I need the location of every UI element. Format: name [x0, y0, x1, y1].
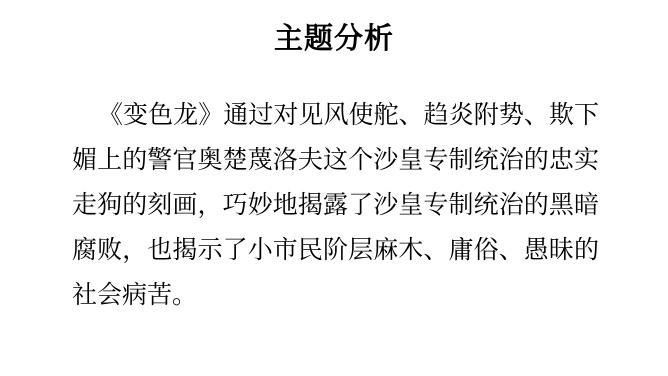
paragraph-line: 《变色龙》通过对见风使舵、趋炎附势、欺下	[72, 93, 599, 138]
paragraph-line: 媚上的警官奥楚蔑洛夫这个沙皇专制统治的忠实	[72, 138, 599, 183]
paragraph-line: 走狗的刻画，巧妙地揭露了沙皇专制统治的黑暗	[72, 183, 599, 228]
body-text: 《变色龙》通过对见风使舵、趋炎附势、欺下 媚上的警官奥楚蔑洛夫这个沙皇专制统治的…	[72, 93, 599, 318]
paragraph-line: 社会病苦。	[72, 273, 599, 318]
slide-title: 主题分析	[0, 22, 668, 56]
paragraph-line: 腐败，也揭示了小市民阶层麻木、庸俗、愚昧的	[72, 228, 599, 273]
slide: 主题分析 《变色龙》通过对见风使舵、趋炎附势、欺下 媚上的警官奥楚蔑洛夫这个沙皇…	[0, 0, 668, 376]
